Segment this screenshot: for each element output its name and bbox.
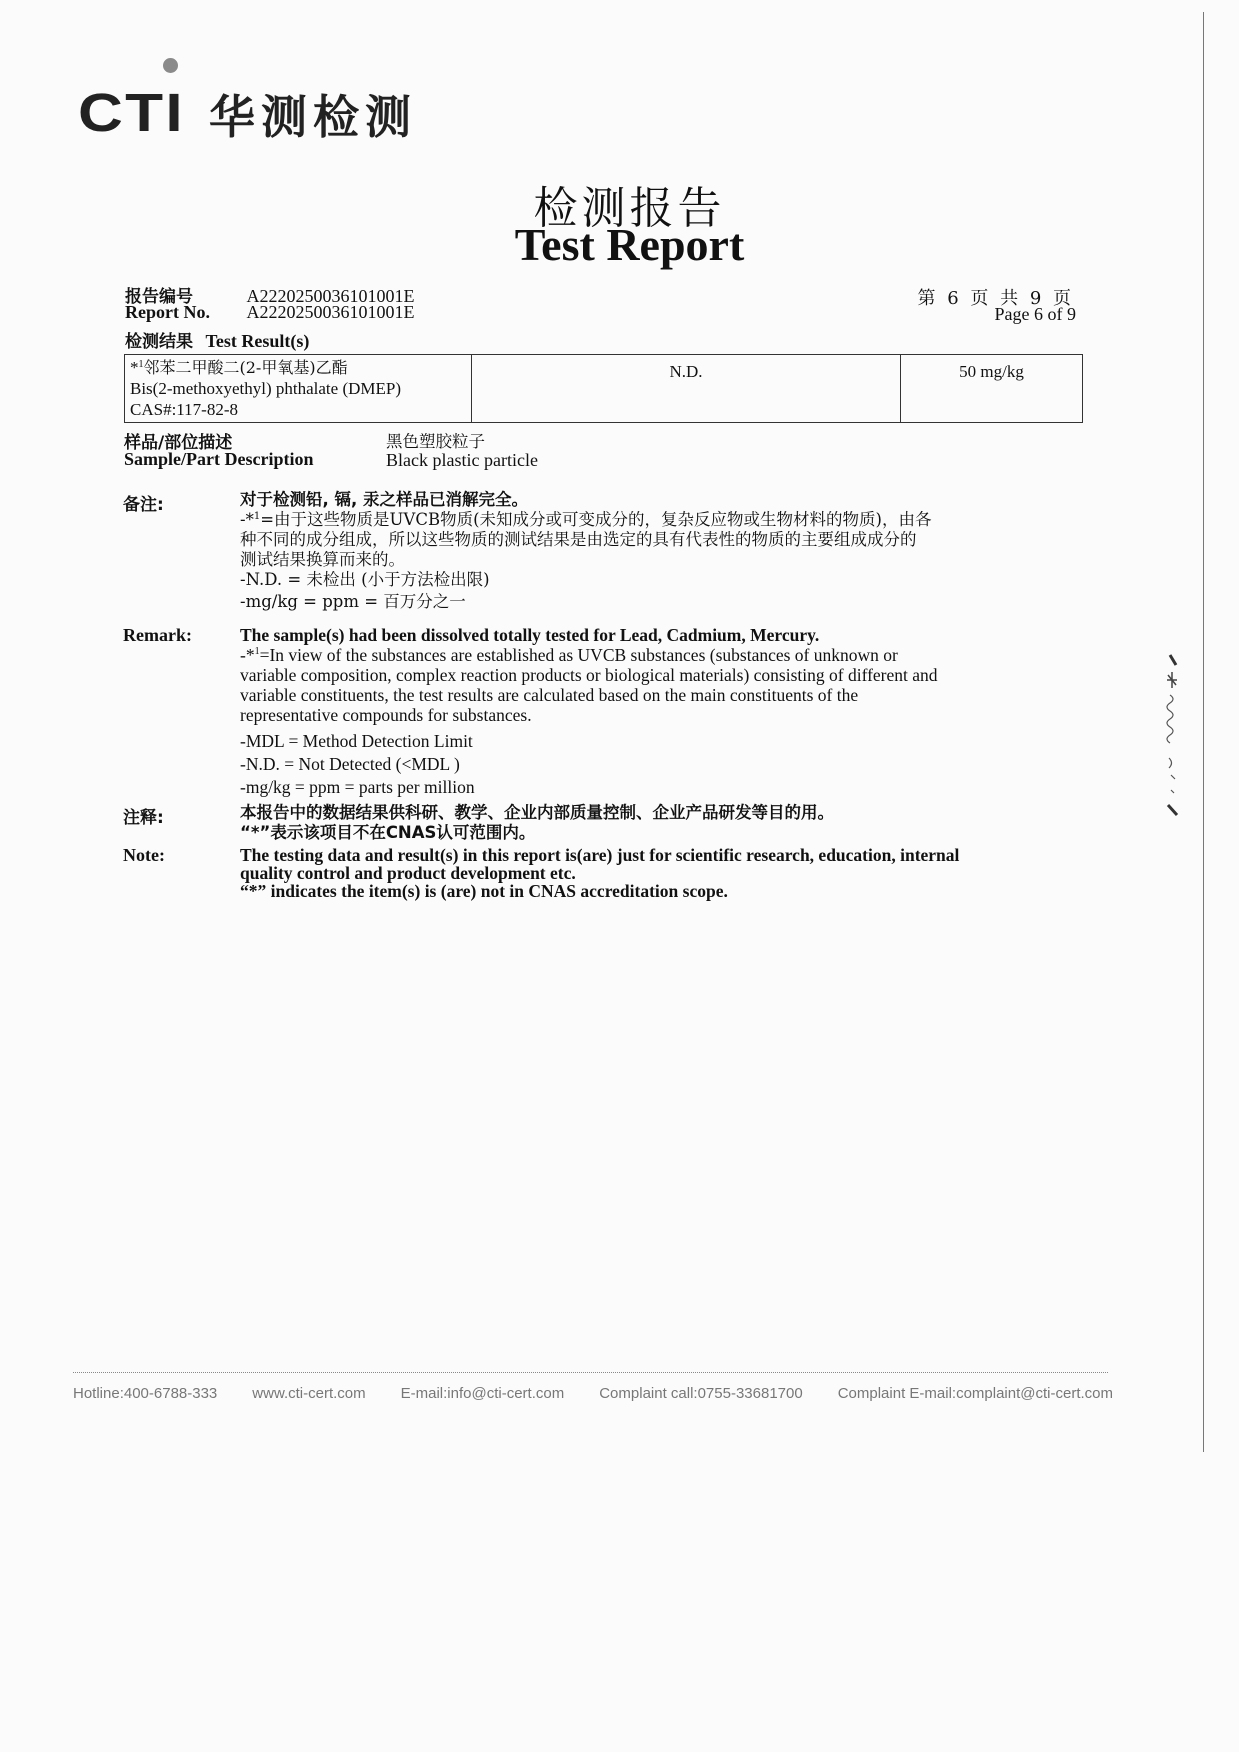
notes-en-line: quality control and product development … (240, 864, 1090, 882)
sample-description-value-cn: 黑色塑胶粒子 (386, 428, 485, 452)
footer-complaint-email[interactable]: Complaint E-mail:complaint@cti-cert.com (838, 1385, 1113, 1402)
page-info-english: Page 6 of 9 (995, 304, 1076, 325)
sample-description-value-en: Black plastic particle (386, 450, 538, 471)
limit-cell: 50 mg/kg (901, 355, 1083, 423)
substance-name-cn: 邻苯二甲酸二(2-甲氧基)乙酯 (144, 358, 348, 377)
remarks-en-line: The sample(s) had been dissolved totally… (240, 625, 1090, 645)
remarks-cn-line: 对于检测铅, 镉, 汞之样品已消解完全。 (240, 490, 1090, 510)
results-heading-en: Test Result(s) (206, 331, 310, 351)
footer-complaint-call: Complaint call:0755-33681700 (599, 1385, 802, 1402)
remarks-en-line: variable composition, complex reaction p… (240, 665, 1090, 685)
remarks-en-line: variable constituents, the test results … (240, 685, 1090, 705)
asterisk: * (130, 358, 139, 377)
footer-email[interactable]: E-mail:info@cti-cert.com (401, 1385, 565, 1402)
remarks-cn-line: -mg/kg = ppm = 百万分之一 (240, 592, 1090, 612)
remarks-cn-line: 测试结果换算而来的。 (240, 550, 1090, 570)
logo-dot-icon (163, 58, 178, 73)
notes-en-body: The testing data and result(s) in this r… (240, 846, 1090, 900)
remarks-cn-body: 对于检测铅, 镉, 汞之样品已消解完全。 -*1=由于这些物质是UVCB物质(未… (240, 490, 1090, 612)
title-english: Test Report (0, 218, 1239, 271)
remarks-en-line: -mg/kg = ppm = parts per million (240, 777, 1090, 797)
logo-brand: CTI (78, 86, 185, 140)
substance-name-en: Bis(2-methoxyethyl) phthalate (DMEP) (130, 378, 466, 399)
remarks-en-line: -*1=In view of the substances are establ… (240, 645, 1090, 665)
footer-website[interactable]: www.cti-cert.com (252, 1385, 365, 1402)
notes-en-line: The testing data and result(s) in this r… (240, 846, 1090, 864)
footer-hotline: Hotline:400-6788-333 (73, 1385, 217, 1402)
substance-cell: *1邻苯二甲酸二(2-甲氧基)乙酯 Bis(2-methoxyethyl) ph… (125, 355, 472, 423)
footer: Hotline:400-6788-333 www.cti-cert.com E-… (73, 1385, 1113, 1402)
handwritten-signature-icon (1162, 650, 1182, 820)
remarks-en-line: representative compounds for substances. (240, 705, 1090, 725)
notes-cn-label: 注释: (123, 803, 164, 828)
report-number-value: A2220250036101001E (247, 302, 415, 322)
results-heading-cn: 检测结果 (125, 332, 193, 352)
footer-divider (73, 1372, 1108, 1373)
notes-en-label: Note: (123, 845, 165, 866)
footnote-marker: 1 (139, 359, 144, 370)
cti-logo: CTI 华测检测 (78, 70, 417, 140)
substance-cas: CAS#:117-82-8 (130, 399, 466, 420)
notes-cn-line: “*”表示该项目不在CNAS认可范围内。 (240, 823, 1090, 843)
remarks-en-label: Remark: (123, 625, 192, 646)
notes-cn-line: 本报告中的数据结果供科研、教学、企业内部质量控制、企业产品研发等目的用。 (240, 803, 1090, 823)
remarks-cn-line: -*1=由于这些物质是UVCB物质(未知成分或可变成分的，复杂反应物或生物材料的… (240, 510, 1090, 530)
remarks-en-line: -MDL = Method Detection Limit (240, 731, 1090, 751)
notes-cn-body: 本报告中的数据结果供科研、教学、企业内部质量控制、企业产品研发等目的用。 “*”… (240, 803, 1090, 843)
report-number-label-en: Report No. (125, 302, 243, 323)
table-row: *1邻苯二甲酸二(2-甲氧基)乙酯 Bis(2-methoxyethyl) ph… (125, 355, 1083, 423)
results-heading: 检测结果 Test Result(s) (125, 327, 309, 352)
remarks-en-body: The sample(s) had been dissolved totally… (240, 625, 1090, 797)
remarks-cn-line: -N.D. = 未检出 (小于方法检出限) (240, 570, 1090, 590)
report-number-en-row: Report No. A2220250036101001E (125, 302, 415, 323)
remarks-cn-line: 种不同的成分组成，所以这些物质的测试结果是由选定的具有代表性的物质的主要组成成分… (240, 530, 1090, 550)
logo-chinese: 华测检测 (209, 94, 417, 140)
page-edge-line (1203, 12, 1204, 1452)
notes-en-line: “*” indicates the item(s) is (are) not i… (240, 882, 1090, 900)
remarks-en-line: -N.D. = Not Detected (<MDL ) (240, 754, 1090, 774)
sample-description-label-en: Sample/Part Description (124, 449, 313, 470)
remarks-cn-label: 备注: (123, 490, 164, 515)
result-cell: N.D. (472, 355, 901, 423)
results-table: *1邻苯二甲酸二(2-甲氧基)乙酯 Bis(2-methoxyethyl) ph… (124, 354, 1083, 423)
